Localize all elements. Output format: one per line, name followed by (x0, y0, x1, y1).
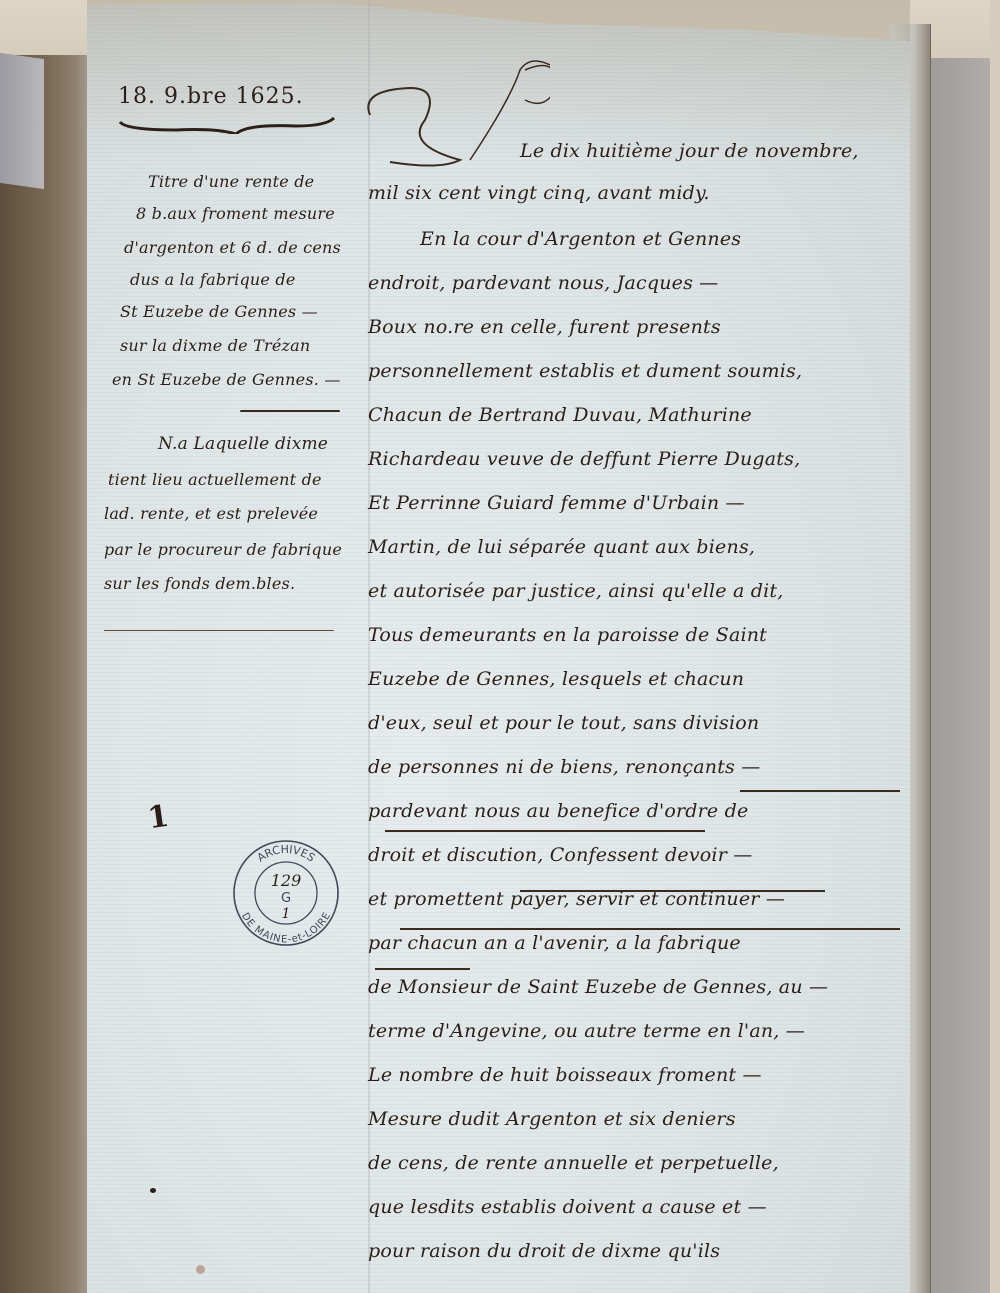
margin-note-line: dus a la fabrique de (130, 264, 296, 296)
stamp-series: G (281, 891, 291, 906)
date-heading: 18. 9.bre 1625. (118, 84, 304, 109)
stamp-item: 1 (282, 906, 291, 922)
body-line: mil six cent vingt cinq, avant midy. (368, 182, 710, 204)
body-line: Boux no.re en celle, furent presents (368, 316, 721, 338)
margin-annotation-line: N.a Laquelle dixme (158, 428, 328, 460)
backdrop-edge (990, 0, 1000, 1293)
archive-folder-left (0, 55, 88, 1293)
archives-stamp: ARCHIVES DE MAINE-et-LOIRE 129 G 1 (231, 838, 341, 948)
margin-note-line: en St Euzebe de Gennes. — (112, 364, 341, 396)
body-line: terme d'Angevine, ou autre terme en l'an… (368, 1020, 805, 1042)
body-line: Richardeau veuve de deffunt Pierre Dugat… (368, 448, 800, 470)
body-line: Chacun de Bertrand Duvau, Mathurine (368, 404, 752, 426)
decorative-initial-l (350, 60, 550, 180)
body-line: par chacun an a l'avenir, a la fabrique (368, 932, 741, 954)
body-line: Et Perrinne Guiard femme d'Urbain — (368, 492, 745, 514)
underline (740, 790, 900, 792)
body-line: droit et discution, Confessent devoir — (368, 844, 752, 866)
margin-annotation-line: par le procureur de fabrique (104, 534, 342, 566)
body-line: Euzebe de Gennes, lesquels et chacun (368, 668, 744, 690)
archive-folder-right (925, 58, 1000, 1293)
margin-note-line: d'argenton et 6 d. de cens (124, 232, 341, 264)
date-underline-flourish (116, 114, 336, 134)
body-line: pour raison du droit de dixme qu'ils (368, 1240, 720, 1262)
body-line: Le dix huitième jour de novembre, (520, 140, 859, 162)
margin-note-line: 8 b.aux froment mesure (136, 198, 335, 230)
body-line: En la cour d'Argenton et Gennes (420, 228, 741, 250)
underline (375, 968, 470, 970)
body-line: Tous demeurants en la paroisse de Saint (368, 624, 767, 646)
margin-rule (104, 630, 334, 631)
body-line: de cens, de rente annuelle et perpetuell… (368, 1152, 779, 1174)
margin-note-line: sur la dixme de Trézan (120, 330, 310, 362)
body-line: et autorisée par justice, ainsi qu'elle … (368, 580, 783, 602)
underline (520, 890, 825, 892)
stamp-number: 129 (271, 871, 302, 890)
body-line: Martin, de lui séparée quant aux biens, (368, 536, 755, 558)
ink-speck (150, 1188, 156, 1193)
body-line: personnellement establis et dument soumi… (368, 360, 802, 382)
underline (385, 830, 705, 832)
body-line: de personnes ni de biens, renonçants — (368, 756, 760, 778)
margin-rule (240, 410, 340, 412)
margin-annotation-line: lad. rente, et est prelevée (104, 498, 318, 530)
body-line: pardevant nous au benefice d'ordre de (368, 800, 748, 822)
body-line: Le nombre de huit boisseaux froment — (368, 1064, 762, 1086)
folder-flap (0, 53, 44, 189)
body-line: que lesdits establis doivent a cause et … (368, 1196, 767, 1218)
margin-note-line: Titre d'une rente de (148, 166, 314, 198)
body-line: endroit, pardevant nous, Jacques — (368, 272, 718, 294)
body-line: d'eux, seul et pour le tout, sans divisi… (368, 712, 759, 734)
margin-annotation-line: tient lieu actuellement de (108, 464, 322, 496)
margin-note-line: St Euzebe de Gennes — (120, 296, 318, 328)
paper-stain (196, 1265, 205, 1274)
body-line: Mesure dudit Argenton et six deniers (368, 1108, 736, 1130)
underline (400, 928, 900, 930)
body-line: de Monsieur de Saint Euzebe de Gennes, a… (368, 976, 828, 998)
margin-annotation-line: sur les fonds dem.bles. (104, 568, 295, 600)
